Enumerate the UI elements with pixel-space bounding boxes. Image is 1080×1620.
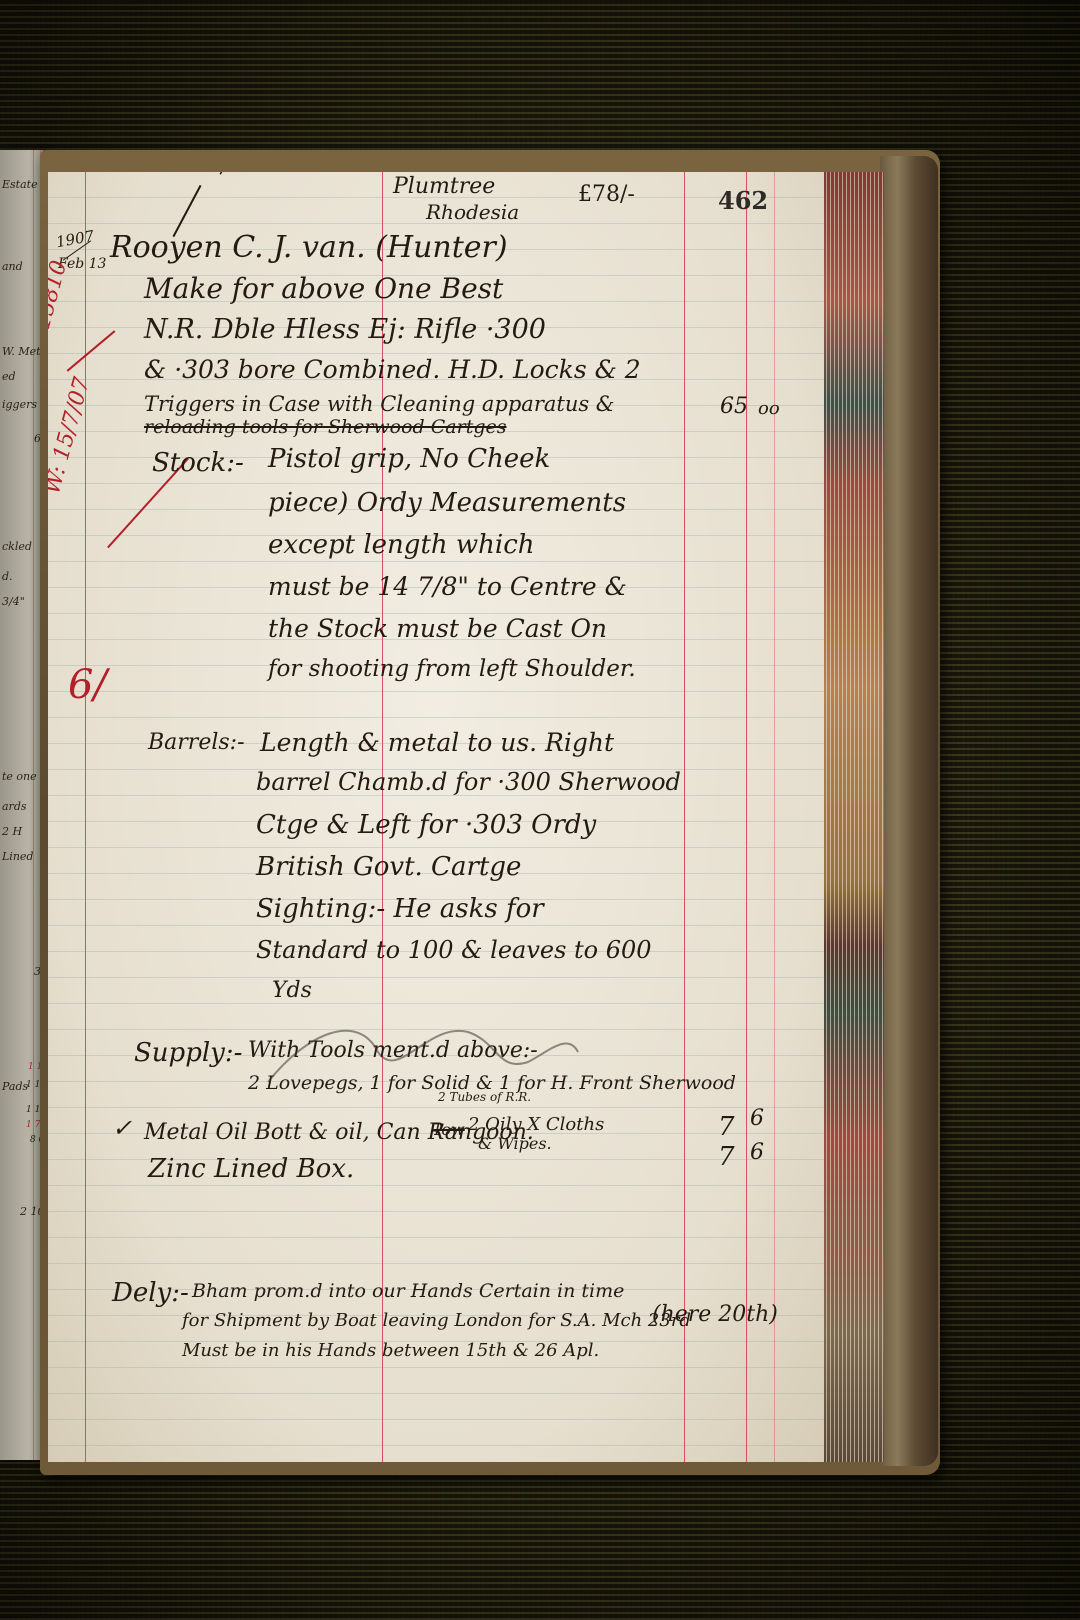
stock-line: Pistol grip, No Cheek bbox=[268, 444, 550, 474]
left-fragment: and bbox=[2, 260, 23, 273]
price-pounds: 65 bbox=[720, 394, 748, 419]
barrels-line: Standard to 100 & leaves to 600 bbox=[256, 936, 652, 964]
location-line-2: Rhodesia bbox=[426, 200, 519, 224]
delivery-line: Must be in his Hands between 15th & 26 A… bbox=[182, 1340, 599, 1361]
ledger-page: 16878. Plumtree Rhodesia £78/- 462 1907 … bbox=[48, 172, 824, 1462]
book-cover-edge bbox=[880, 156, 938, 1466]
stock-line: for shooting from left Shoulder. bbox=[268, 656, 636, 682]
stock-line: must be 14 7/8" to Centre & bbox=[268, 572, 627, 601]
margin-year: 1907 bbox=[55, 227, 96, 251]
red-reference-number: 15810 bbox=[48, 258, 72, 332]
stock-line: except length which bbox=[268, 530, 535, 560]
delivery-line: Bham prom.d into our Hands Certain in ti… bbox=[192, 1280, 624, 1302]
marbled-page-edges bbox=[820, 172, 884, 1462]
margin-rule bbox=[85, 172, 86, 1462]
entry-line: Triggers in Case with Cleaning apparatus… bbox=[144, 392, 615, 416]
item-shillings: 7 bbox=[718, 1142, 735, 1172]
item-pence: 6 bbox=[750, 1140, 764, 1165]
item-pence: 6 bbox=[750, 1106, 764, 1131]
location-line-1: Plumtree bbox=[393, 174, 495, 199]
item-shillings: 7 bbox=[718, 1112, 735, 1142]
page-number: 462 bbox=[718, 186, 768, 215]
red-workshop-note: W: 15/7/07 bbox=[48, 375, 95, 497]
entry-line: Make for above One Best bbox=[144, 272, 503, 305]
item-insert-note: 2 Tubes of R.R. bbox=[438, 1090, 531, 1104]
customer-name: Rooyen C. J. van. (Hunter) bbox=[110, 230, 508, 265]
supply-label: Supply:- bbox=[134, 1038, 242, 1068]
barrels-line: British Govt. Cartge bbox=[256, 852, 521, 882]
stock-line: the Stock must be Cast On bbox=[268, 614, 607, 643]
item-extra: 2 Oily X Cloths bbox=[468, 1114, 604, 1135]
order-number: 16878. bbox=[196, 172, 276, 180]
left-fragment: Pads bbox=[2, 1080, 28, 1093]
delivery-line: for Shipment by Boat leaving London for … bbox=[182, 1310, 691, 1331]
entry-line: N.R. Dble Hless Ej: Rifle ·300 bbox=[144, 314, 546, 345]
barrels-line: Ctge & Left for ·303 Ordy bbox=[256, 810, 596, 840]
left-fragment: 3/4" bbox=[2, 595, 25, 608]
left-fragment: ards bbox=[2, 800, 27, 813]
left-fragment: Lined bbox=[2, 850, 33, 863]
red-underline bbox=[67, 330, 116, 371]
stock-label: Stock:- bbox=[152, 448, 244, 478]
barrels-line: Length & metal to us. Right bbox=[260, 728, 614, 757]
price-code: £78/- bbox=[578, 182, 635, 207]
item-description: Zinc Lined Box. bbox=[148, 1154, 354, 1184]
left-fragment: ed bbox=[2, 370, 16, 383]
left-fragment: iggers bbox=[2, 398, 37, 411]
red-mark: 6/ bbox=[68, 662, 107, 708]
barrels-label: Barrels:- bbox=[148, 730, 245, 755]
barrels-line: Sighting:- He asks for bbox=[256, 894, 544, 924]
pence-column-rule bbox=[774, 172, 775, 1462]
item-struck-word: Tow bbox=[432, 1120, 465, 1139]
supply-line: With Tools ment.d above:- bbox=[248, 1038, 538, 1063]
delivery-label: Dely:- bbox=[112, 1278, 189, 1308]
entry-line: & ·303 bore Combined. H.D. Locks & 2 bbox=[144, 355, 641, 384]
barrels-line: Yds bbox=[272, 978, 312, 1003]
delivery-bracket-note: (here 20th) bbox=[652, 1302, 778, 1327]
left-fragment: d. bbox=[2, 570, 13, 583]
price-shillings: oo bbox=[758, 398, 780, 419]
left-fragment: te one bbox=[2, 770, 37, 783]
left-fragment: ckled bbox=[2, 540, 32, 553]
money-column-rule bbox=[684, 172, 685, 1462]
left-fragment: 2 H bbox=[2, 825, 22, 838]
struck-entry-line: reloading tools for Sherwood Cartges bbox=[144, 416, 506, 438]
item-extra: & Wipes. bbox=[478, 1134, 552, 1153]
barrels-line: barrel Chamb.d for ·300 Sherwood bbox=[256, 768, 681, 796]
check-mark: ✓ bbox=[112, 1114, 132, 1142]
left-fragment: Estate bbox=[2, 178, 38, 191]
shillings-column-rule bbox=[746, 172, 747, 1462]
stock-line: piece) Ordy Measurements bbox=[268, 488, 626, 518]
